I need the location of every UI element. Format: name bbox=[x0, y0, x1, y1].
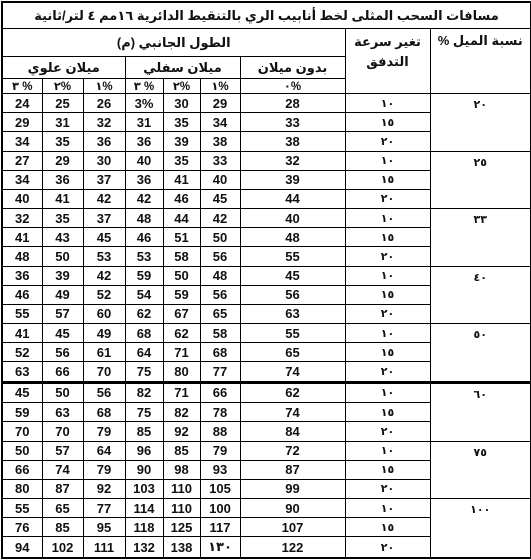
flow-change-cell: ٢٠ bbox=[345, 189, 430, 208]
slope-ratio-cell: ٥٠ bbox=[430, 324, 531, 383]
distance-cell: 74 bbox=[42, 460, 83, 479]
pct-col-header: ٢% bbox=[163, 79, 200, 94]
distance-cell: 46 bbox=[163, 189, 200, 208]
flow-change-cell: ١٠ bbox=[345, 499, 430, 518]
distance-cell: 51 bbox=[163, 228, 200, 247]
slope-ratio-cell: ٢٠ bbox=[430, 94, 531, 152]
table-title: مسافات السحب المثلى لخط أنابيب الري بالت… bbox=[2, 2, 531, 29]
distance-cell: 75 bbox=[125, 403, 163, 422]
distance-cell: 49 bbox=[83, 324, 125, 343]
distance-cell: 102 bbox=[42, 537, 83, 558]
flow-change-cell: ١٥ bbox=[345, 343, 430, 362]
distance-cell: 65 bbox=[200, 304, 240, 323]
slope-ratio-cell: ٦٠ bbox=[430, 382, 531, 441]
distance-cell: 50 bbox=[163, 266, 200, 285]
distance-cell: 103 bbox=[125, 479, 163, 498]
distance-cell: 67 bbox=[163, 304, 200, 323]
distance-cell: 43 bbox=[42, 228, 83, 247]
distance-cell: 54 bbox=[125, 285, 163, 304]
distance-cell: 110 bbox=[163, 479, 200, 498]
distance-cell: 74 bbox=[240, 362, 345, 382]
distance-cell: 90 bbox=[240, 499, 345, 518]
header-downslope: ميلان سفلي bbox=[125, 57, 240, 79]
distance-cell: 32 bbox=[240, 151, 345, 170]
slope-ratio-cell: ٢٥ bbox=[430, 151, 531, 209]
distance-cell: 56 bbox=[200, 285, 240, 304]
flow-change-cell: ٢٠ bbox=[345, 247, 430, 266]
distance-cell: 70 bbox=[83, 362, 125, 382]
pct-col-header: ١% bbox=[83, 79, 125, 94]
header-slope-ratio: نسبة الميل % bbox=[430, 29, 531, 94]
distance-cell: 49 bbox=[42, 285, 83, 304]
distance-cell: 58 bbox=[200, 324, 240, 343]
distance-cell: 50 bbox=[42, 247, 83, 266]
flow-change-cell: ١٥ bbox=[345, 228, 430, 247]
distance-cell: 40 bbox=[125, 151, 163, 170]
header-upslope: ميلان علوي bbox=[2, 57, 125, 79]
distance-cell: 93 bbox=[200, 460, 240, 479]
distance-cell: 70 bbox=[42, 422, 83, 441]
flow-change-cell: ١٠ bbox=[345, 441, 430, 460]
flow-change-cell: ١٠ bbox=[345, 324, 430, 343]
distance-cell: 26 bbox=[83, 94, 125, 113]
flow-change-cell: ١٠ bbox=[345, 382, 430, 402]
table-row: 2425263%302928١٠٢٠ bbox=[2, 94, 531, 113]
distance-cell: 36 bbox=[2, 266, 42, 285]
distance-cell: 92 bbox=[83, 479, 125, 498]
distance-cell: 36 bbox=[125, 132, 163, 151]
distance-cell: 34 bbox=[200, 113, 240, 132]
distance-cell: 122 bbox=[240, 537, 345, 558]
distance-cell: 56 bbox=[42, 343, 83, 362]
flow-change-cell: ١٠ bbox=[345, 209, 430, 228]
distance-cell: 46 bbox=[125, 228, 163, 247]
distance-cell: 35 bbox=[42, 209, 83, 228]
distance-cell: 29 bbox=[42, 151, 83, 170]
flow-change-cell: ١٠ bbox=[345, 151, 430, 170]
distance-cell: 24 bbox=[2, 94, 42, 113]
distance-cell: 25 bbox=[42, 94, 83, 113]
distance-cell: 77 bbox=[200, 362, 240, 382]
distance-cell: 50 bbox=[2, 441, 42, 460]
distance-cell: 57 bbox=[42, 304, 83, 323]
distance-cell: 33 bbox=[240, 113, 345, 132]
distance-cell: 65 bbox=[240, 343, 345, 362]
distance-cell: 66 bbox=[200, 382, 240, 402]
distance-cell: 79 bbox=[83, 422, 125, 441]
distance-cell: 88 bbox=[200, 422, 240, 441]
distance-cell: 55 bbox=[240, 324, 345, 343]
distance-cell: 132 bbox=[125, 537, 163, 558]
distance-cell: 71 bbox=[163, 382, 200, 402]
distance-cell: 3% bbox=[125, 94, 163, 113]
distance-cell: 96 bbox=[125, 441, 163, 460]
distance-cell: 74 bbox=[240, 403, 345, 422]
distance-cell: 38 bbox=[240, 132, 345, 151]
distance-cell: 59 bbox=[125, 266, 163, 285]
distance-cell: 78 bbox=[200, 403, 240, 422]
distance-cell: 53 bbox=[125, 247, 163, 266]
distance-cell: 35 bbox=[42, 132, 83, 151]
distance-cell: 52 bbox=[2, 343, 42, 362]
distance-cell: 79 bbox=[83, 460, 125, 479]
table-row: 41454968625855١٠٥٠ bbox=[2, 324, 531, 343]
distance-cell: 58 bbox=[163, 247, 200, 266]
distance-cell: 62 bbox=[163, 324, 200, 343]
slope-ratio-cell: ٧٥ bbox=[430, 441, 531, 499]
distance-cell: 62 bbox=[240, 382, 345, 402]
pct-col-header: ٠% bbox=[240, 79, 345, 94]
flow-change-cell: ٢٠ bbox=[345, 479, 430, 498]
distance-cell: 55 bbox=[2, 499, 42, 518]
distance-cell: ١٣٠ bbox=[200, 537, 240, 558]
distance-cell: 87 bbox=[240, 460, 345, 479]
flow-change-cell: ٢٠ bbox=[345, 422, 430, 441]
distance-cell: 39 bbox=[240, 170, 345, 189]
header-no-slope: بدون ميلان bbox=[240, 57, 345, 79]
distance-cell: 63 bbox=[240, 304, 345, 323]
distance-cell: 38 bbox=[200, 132, 240, 151]
distance-cell: 40 bbox=[200, 170, 240, 189]
distance-cell: 71 bbox=[163, 343, 200, 362]
distance-cell: 56 bbox=[83, 382, 125, 402]
distance-cell: 100 bbox=[200, 499, 240, 518]
header-flow-change-line1: تغير سرعة bbox=[346, 32, 430, 52]
distance-cell: 90 bbox=[125, 460, 163, 479]
table-row: 55657711411010090١٠١٠٠ bbox=[2, 499, 531, 518]
pct-col-header: ٢% bbox=[42, 79, 83, 94]
distance-cell: 48 bbox=[125, 209, 163, 228]
distance-cell: 68 bbox=[200, 343, 240, 362]
distance-cell: 61 bbox=[83, 343, 125, 362]
header-flow-velocity-change: تغير سرعة التدفق bbox=[345, 29, 430, 94]
flow-change-cell: ١٥ bbox=[345, 170, 430, 189]
distance-cell: 35 bbox=[163, 151, 200, 170]
distance-cell: 48 bbox=[240, 228, 345, 247]
distance-cell: 40 bbox=[2, 189, 42, 208]
slope-ratio-cell: ٣٣ bbox=[430, 209, 531, 267]
distance-cell: 42 bbox=[83, 189, 125, 208]
distance-cell: 34 bbox=[2, 170, 42, 189]
distance-cell: 111 bbox=[83, 537, 125, 558]
pct-col-header: ١% bbox=[200, 79, 240, 94]
distance-cell: 125 bbox=[163, 518, 200, 537]
distance-cell: 44 bbox=[240, 189, 345, 208]
flow-change-cell: ٢٠ bbox=[345, 304, 430, 323]
distance-cell: 45 bbox=[200, 189, 240, 208]
distance-cell: 107 bbox=[240, 518, 345, 537]
distance-cell: 45 bbox=[42, 324, 83, 343]
distance-cell: 85 bbox=[125, 422, 163, 441]
distance-cell: 50 bbox=[42, 382, 83, 402]
distance-cell: 32 bbox=[83, 113, 125, 132]
distance-cell: 41 bbox=[2, 228, 42, 247]
document-page: مسافات السحب المثلى لخط أنابيب الري بالت… bbox=[0, 0, 531, 560]
flow-change-cell: ٢٠ bbox=[345, 537, 430, 558]
distance-cell: 39 bbox=[42, 266, 83, 285]
distance-cell: 36 bbox=[42, 170, 83, 189]
distance-cell: 63 bbox=[2, 362, 42, 382]
distance-cell: 55 bbox=[240, 247, 345, 266]
flow-change-cell: ١٥ bbox=[345, 285, 430, 304]
distance-cell: 56 bbox=[200, 247, 240, 266]
distance-cell: 31 bbox=[125, 113, 163, 132]
distance-cell: 36 bbox=[125, 170, 163, 189]
distance-cell: 82 bbox=[125, 382, 163, 402]
distance-cell: 95 bbox=[83, 518, 125, 537]
distance-cell: 110 bbox=[163, 499, 200, 518]
distance-cell: 105 bbox=[200, 479, 240, 498]
distance-cell: 92 bbox=[163, 422, 200, 441]
table-row: 45505682716662١٠٦٠ bbox=[2, 382, 531, 402]
distance-cell: 55 bbox=[2, 304, 42, 323]
distance-cell: 66 bbox=[42, 362, 83, 382]
distance-cell: 41 bbox=[2, 324, 42, 343]
distance-cell: 32 bbox=[2, 209, 42, 228]
distance-cell: 46 bbox=[2, 285, 42, 304]
distance-cell: 56 bbox=[240, 285, 345, 304]
distance-cell: 98 bbox=[163, 460, 200, 479]
distance-cell: 41 bbox=[42, 189, 83, 208]
pct-col-header: ٣ % bbox=[2, 79, 42, 94]
distance-cell: 99 bbox=[240, 479, 345, 498]
distance-cell: 31 bbox=[42, 113, 83, 132]
distance-cell: 27 bbox=[2, 151, 42, 170]
distance-cell: 66 bbox=[2, 460, 42, 479]
distance-cell: 114 bbox=[125, 499, 163, 518]
distance-cell: 79 bbox=[200, 441, 240, 460]
distance-cell: 75 bbox=[125, 362, 163, 382]
distance-cell: 39 bbox=[163, 132, 200, 151]
distance-cell: 64 bbox=[83, 441, 125, 460]
distance-cell: 29 bbox=[200, 94, 240, 113]
distance-cell: 45 bbox=[2, 382, 42, 402]
distance-cell: 64 bbox=[125, 343, 163, 362]
distance-cell: 68 bbox=[83, 403, 125, 422]
distance-cell: 30 bbox=[163, 94, 200, 113]
distance-cell: 45 bbox=[240, 266, 345, 285]
distance-cell: 85 bbox=[42, 518, 83, 537]
distance-cell: 84 bbox=[240, 422, 345, 441]
table-row: 27293040353332١٠٢٥ bbox=[2, 151, 531, 170]
distance-cell: 40 bbox=[240, 209, 345, 228]
distance-cell: 87 bbox=[42, 479, 83, 498]
distance-cell: 57 bbox=[42, 441, 83, 460]
distance-cell: 72 bbox=[240, 441, 345, 460]
distance-cell: 53 bbox=[83, 247, 125, 266]
flow-change-cell: ١٠ bbox=[345, 266, 430, 285]
distance-cell: 45 bbox=[83, 228, 125, 247]
distance-cell: 65 bbox=[42, 499, 83, 518]
distance-cell: 42 bbox=[125, 189, 163, 208]
distance-cell: 30 bbox=[83, 151, 125, 170]
distance-cell: 41 bbox=[163, 170, 200, 189]
distance-cell: 59 bbox=[163, 285, 200, 304]
distance-cell: 37 bbox=[83, 209, 125, 228]
flow-change-cell: ١٥ bbox=[345, 403, 430, 422]
distance-cell: 118 bbox=[125, 518, 163, 537]
flow-change-cell: ١٥ bbox=[345, 113, 430, 132]
distance-cell: 85 bbox=[163, 441, 200, 460]
table-row: 36394259504845١٠٤٠ bbox=[2, 266, 531, 285]
flow-change-cell: ١٠ bbox=[345, 94, 430, 113]
distance-cell: 48 bbox=[2, 247, 42, 266]
flow-change-cell: ١٥ bbox=[345, 518, 430, 537]
distance-cell: 80 bbox=[163, 362, 200, 382]
distance-cell: 68 bbox=[125, 324, 163, 343]
distance-cell: 37 bbox=[83, 170, 125, 189]
table-row: 32353748444240١٠٣٣ bbox=[2, 209, 531, 228]
distance-cell: 44 bbox=[163, 209, 200, 228]
distance-cell: 117 bbox=[200, 518, 240, 537]
pct-col-header: ٣ % bbox=[125, 79, 163, 94]
distance-cell: 59 bbox=[2, 403, 42, 422]
distance-cell: 50 bbox=[200, 228, 240, 247]
header-flow-change-line2: التدفق bbox=[346, 52, 430, 72]
distance-cell: 80 bbox=[2, 479, 42, 498]
distance-cell: 42 bbox=[83, 266, 125, 285]
distance-cell: 52 bbox=[83, 285, 125, 304]
distance-cell: 35 bbox=[163, 113, 200, 132]
distance-cell: 33 bbox=[200, 151, 240, 170]
distance-cell: 42 bbox=[200, 209, 240, 228]
distance-cell: 60 bbox=[83, 304, 125, 323]
distance-cell: 94 bbox=[2, 537, 42, 558]
distance-cell: 77 bbox=[83, 499, 125, 518]
distance-cell: 63 bbox=[42, 403, 83, 422]
distance-cell: 36 bbox=[83, 132, 125, 151]
table-header: مسافات السحب المثلى لخط أنابيب الري بالت… bbox=[2, 2, 531, 94]
table-row: 50576496857972١٠٧٥ bbox=[2, 441, 531, 460]
distance-cell: 138 bbox=[163, 537, 200, 558]
distance-cell: 48 bbox=[200, 266, 240, 285]
distance-cell: 82 bbox=[163, 403, 200, 422]
slope-ratio-cell: ٤٠ bbox=[430, 266, 531, 324]
slope-ratio-cell: ١٠٠ bbox=[430, 499, 531, 558]
table-body: 2425263%302928١٠٢٠29313231353433١٥343536… bbox=[2, 94, 531, 559]
header-lateral-length: الطول الجانبي (م) bbox=[2, 29, 345, 57]
irrigation-spacing-table: مسافات السحب المثلى لخط أنابيب الري بالت… bbox=[1, 1, 531, 559]
distance-cell: 34 bbox=[2, 132, 42, 151]
distance-cell: 76 bbox=[2, 518, 42, 537]
flow-change-cell: ١٥ bbox=[345, 460, 430, 479]
distance-cell: 62 bbox=[125, 304, 163, 323]
flow-change-cell: ٢٠ bbox=[345, 362, 430, 382]
distance-cell: 70 bbox=[2, 422, 42, 441]
distance-cell: 28 bbox=[240, 94, 345, 113]
distance-cell: 29 bbox=[2, 113, 42, 132]
flow-change-cell: ٢٠ bbox=[345, 132, 430, 151]
